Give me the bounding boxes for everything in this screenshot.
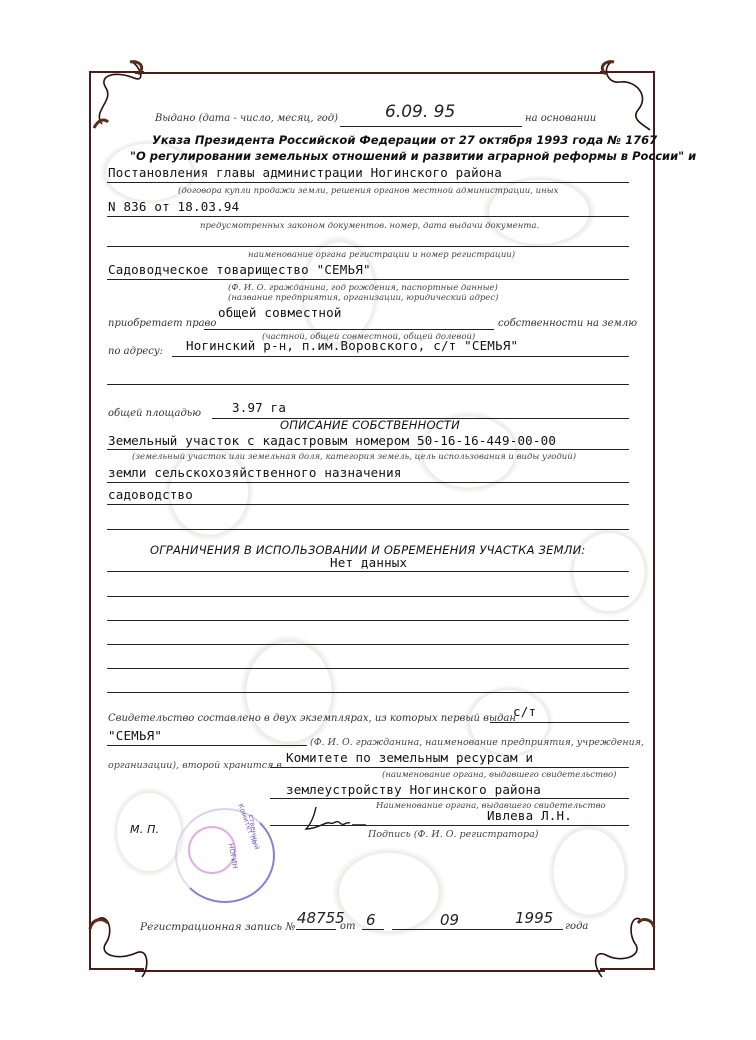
corner-ornament-icon bbox=[580, 905, 660, 985]
rule bbox=[107, 668, 629, 669]
rule bbox=[270, 767, 629, 768]
decree-line-1: Указа Президента Российской Федерации от… bbox=[152, 133, 657, 147]
copies-second-holder-line-2: землеустройству Ногинского района bbox=[286, 782, 541, 797]
basis-caption-3: наименование органа регистрации и номер … bbox=[248, 250, 515, 260]
right-value: общей совместной bbox=[218, 305, 342, 320]
issued-label: Выдано (дата - число, месяц, год) bbox=[155, 113, 338, 124]
copies-caption-2: организации), второй хранится в bbox=[108, 760, 282, 771]
issued-suffix: на основании bbox=[525, 113, 596, 124]
owner-caption-2: (название предприятия, организации, юрид… bbox=[228, 293, 498, 303]
copies-first-holder-part1: с/т bbox=[513, 704, 536, 719]
corner-ornament-icon bbox=[84, 905, 164, 985]
issued-rule bbox=[340, 126, 522, 127]
registration-day: 6 bbox=[366, 911, 376, 929]
rule bbox=[362, 929, 384, 930]
right-suffix: собственности на землю bbox=[498, 318, 637, 329]
registration-month: 09 bbox=[440, 911, 459, 929]
rule bbox=[107, 482, 629, 483]
basis-caption-1: (договора купли продажи земли, решения о… bbox=[178, 186, 558, 196]
frame-right-border bbox=[653, 118, 655, 926]
corner-ornament-icon bbox=[580, 56, 660, 136]
rule bbox=[107, 216, 629, 217]
copies-first-holder-part2: "СЕМЬЯ" bbox=[108, 728, 162, 743]
copies-caption-1: (Ф. И. О. гражданина, наименование предп… bbox=[310, 737, 644, 748]
rule bbox=[490, 722, 629, 723]
frame-bottom-border bbox=[135, 970, 605, 972]
issued-date: 6.09. 95 bbox=[385, 102, 455, 122]
owner-name: Садоводческое товарищество "СЕМЬЯ" bbox=[108, 262, 371, 277]
address-label: по адресу: bbox=[108, 346, 163, 357]
frame-top-border bbox=[135, 72, 605, 74]
rule bbox=[296, 929, 336, 930]
copies-second-holder-line-1: Комитете по земельным ресурсам и bbox=[286, 750, 533, 765]
registration-from: от bbox=[340, 921, 356, 932]
registration-label: Регистрационная запись № bbox=[140, 921, 295, 933]
registrar-caption: Подпись (Ф. И. О. регистратора) bbox=[368, 829, 538, 840]
address-value: Ногинский р-н, п.им.Воровского, с/т "СЕМ… bbox=[186, 338, 518, 353]
description-line-3: садоводство bbox=[108, 487, 193, 502]
rule bbox=[107, 692, 629, 693]
rule bbox=[107, 571, 629, 572]
rule bbox=[107, 384, 629, 385]
basis-line-2: N 836 от 18.03.94 bbox=[108, 199, 239, 214]
description-line-1: Земельный участок с кадастровым номером … bbox=[108, 433, 556, 448]
corner-ornament-icon bbox=[84, 56, 164, 136]
owner-caption-1: (Ф. И. О. гражданина, год рождения, пасп… bbox=[228, 283, 498, 293]
rule bbox=[107, 529, 629, 530]
rule bbox=[505, 929, 563, 930]
rule bbox=[107, 246, 629, 247]
area-value: 3.97 га bbox=[232, 400, 286, 415]
rule bbox=[270, 825, 629, 826]
rule bbox=[392, 929, 505, 930]
description-caption: (земельный участок или земельная доля, к… bbox=[132, 452, 576, 462]
rule bbox=[204, 329, 494, 330]
registrar-name: Ивлева Л.Н. bbox=[487, 808, 572, 823]
rule bbox=[107, 279, 629, 280]
registration-year: 1995 bbox=[515, 909, 553, 927]
restrictions-value: Нет данных bbox=[330, 555, 407, 570]
rule bbox=[107, 182, 629, 183]
rule bbox=[107, 644, 629, 645]
basis-line-1: Постановления главы администрации Ногинс… bbox=[108, 165, 502, 180]
right-label: приобретает право bbox=[108, 318, 216, 329]
rule bbox=[107, 504, 629, 505]
decree-line-2: "О регулировании земельных отношений и р… bbox=[130, 149, 696, 163]
rule bbox=[107, 596, 629, 597]
rule bbox=[172, 356, 629, 357]
rule bbox=[107, 449, 629, 450]
seal-label: М. П. bbox=[130, 823, 159, 836]
description-heading: ОПИСАНИЕ СОБСТВЕННОСТИ bbox=[280, 418, 460, 432]
registration-year-suffix: года bbox=[565, 921, 588, 932]
registration-number: 48755 bbox=[297, 909, 345, 927]
copies-label: Свидетельство составлено в двух экземпля… bbox=[108, 713, 516, 724]
basis-caption-2: предусмотренных законом документов. номе… bbox=[200, 221, 539, 231]
area-label: общей площадью bbox=[108, 408, 201, 419]
description-line-2: земли сельскохозяйственного назначения bbox=[108, 465, 402, 480]
frame-left-border bbox=[89, 118, 91, 926]
rule bbox=[270, 798, 629, 799]
rule bbox=[107, 745, 307, 746]
copies-caption-3: (наименование органа, выдавшего свидетел… bbox=[382, 770, 616, 780]
rule bbox=[107, 620, 629, 621]
